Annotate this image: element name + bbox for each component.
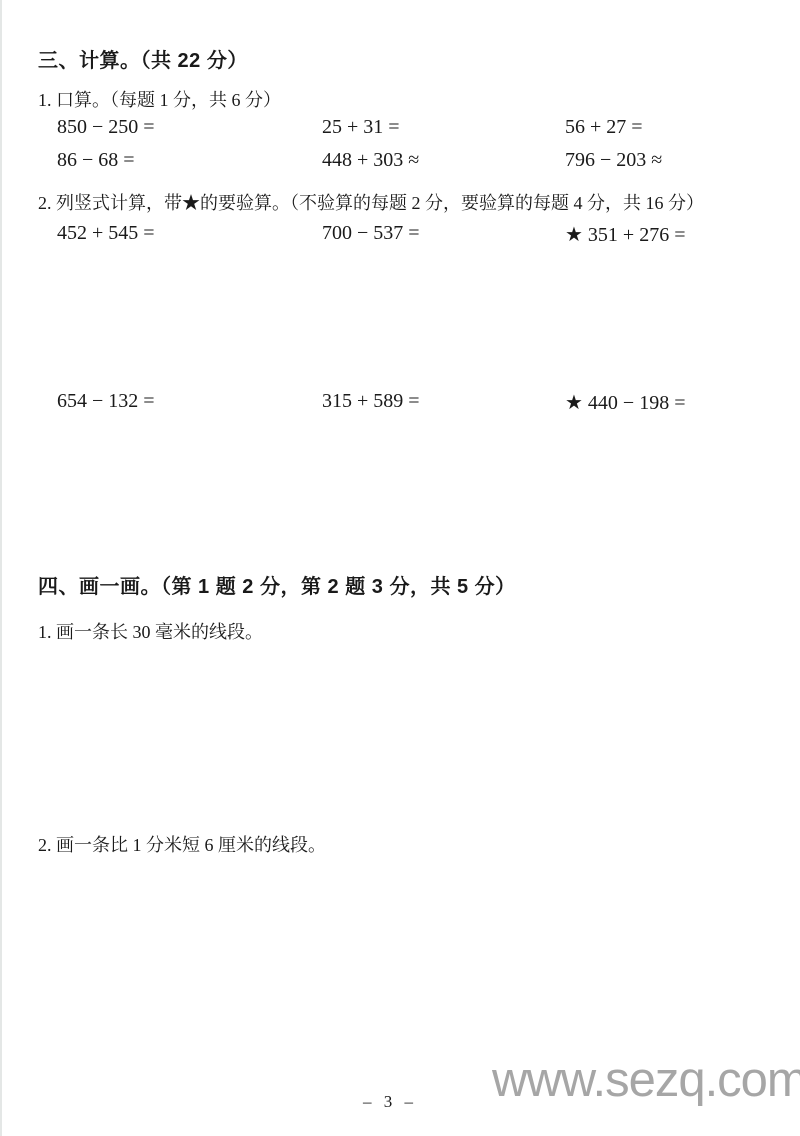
exam-page: 三、计算。（共 22 分） 1. 口算。（每题 1 分，共 6 分） 850 −… bbox=[0, 0, 800, 1136]
section-drawing-heading: 四、画一画。（第 1 题 2 分，第 2 题 3 分，共 5 分） bbox=[38, 570, 516, 599]
math-expression: 700 − 537 = bbox=[322, 222, 420, 245]
math-expression: 796 − 203 ≈ bbox=[565, 149, 662, 172]
math-expression: 654 − 132 = bbox=[57, 390, 155, 413]
math-expression: 448 + 303 ≈ bbox=[322, 149, 419, 172]
watermark: www.sezq.com bbox=[492, 1052, 800, 1108]
oral-calculation-label: 1. 口算。（每题 1 分，共 6 分） bbox=[38, 86, 281, 112]
vertical-row-1: 452 + 545 = 700 − 537 = ★ 351 + 276 = bbox=[0, 222, 800, 250]
oral-row-1: 850 − 250 = 25 + 31 = 56 + 27 = bbox=[0, 116, 800, 144]
oral-row-2: 86 − 68 = 448 + 303 ≈ 796 − 203 ≈ bbox=[0, 149, 800, 177]
math-expression: 25 + 31 = bbox=[322, 116, 400, 139]
math-expression: 452 + 545 = bbox=[57, 222, 155, 245]
drawing-item-1: 1. 画一条长 30 毫米的线段。 bbox=[38, 618, 263, 644]
math-expression: 86 − 68 = bbox=[57, 149, 135, 172]
starred-math-expression: ★ 440 − 198 = bbox=[565, 390, 686, 415]
section-calculation-heading: 三、计算。（共 22 分） bbox=[38, 44, 248, 73]
drawing-item-2: 2. 画一条比 1 分米短 6 厘米的线段。 bbox=[38, 831, 326, 857]
page-number: – 3 – bbox=[340, 1092, 440, 1112]
math-expression: 850 − 250 = bbox=[57, 116, 155, 139]
vertical-calculation-label: 2. 列竖式计算，带★的要验算。（不验算的每题 2 分，要验算的每题 4 分，共… bbox=[38, 189, 704, 215]
vertical-row-2: 654 − 132 = 315 + 589 = ★ 440 − 198 = bbox=[0, 390, 800, 418]
math-expression: 56 + 27 = bbox=[565, 116, 643, 139]
math-expression: 315 + 589 = bbox=[322, 390, 420, 413]
starred-math-expression: ★ 351 + 276 = bbox=[565, 222, 686, 247]
